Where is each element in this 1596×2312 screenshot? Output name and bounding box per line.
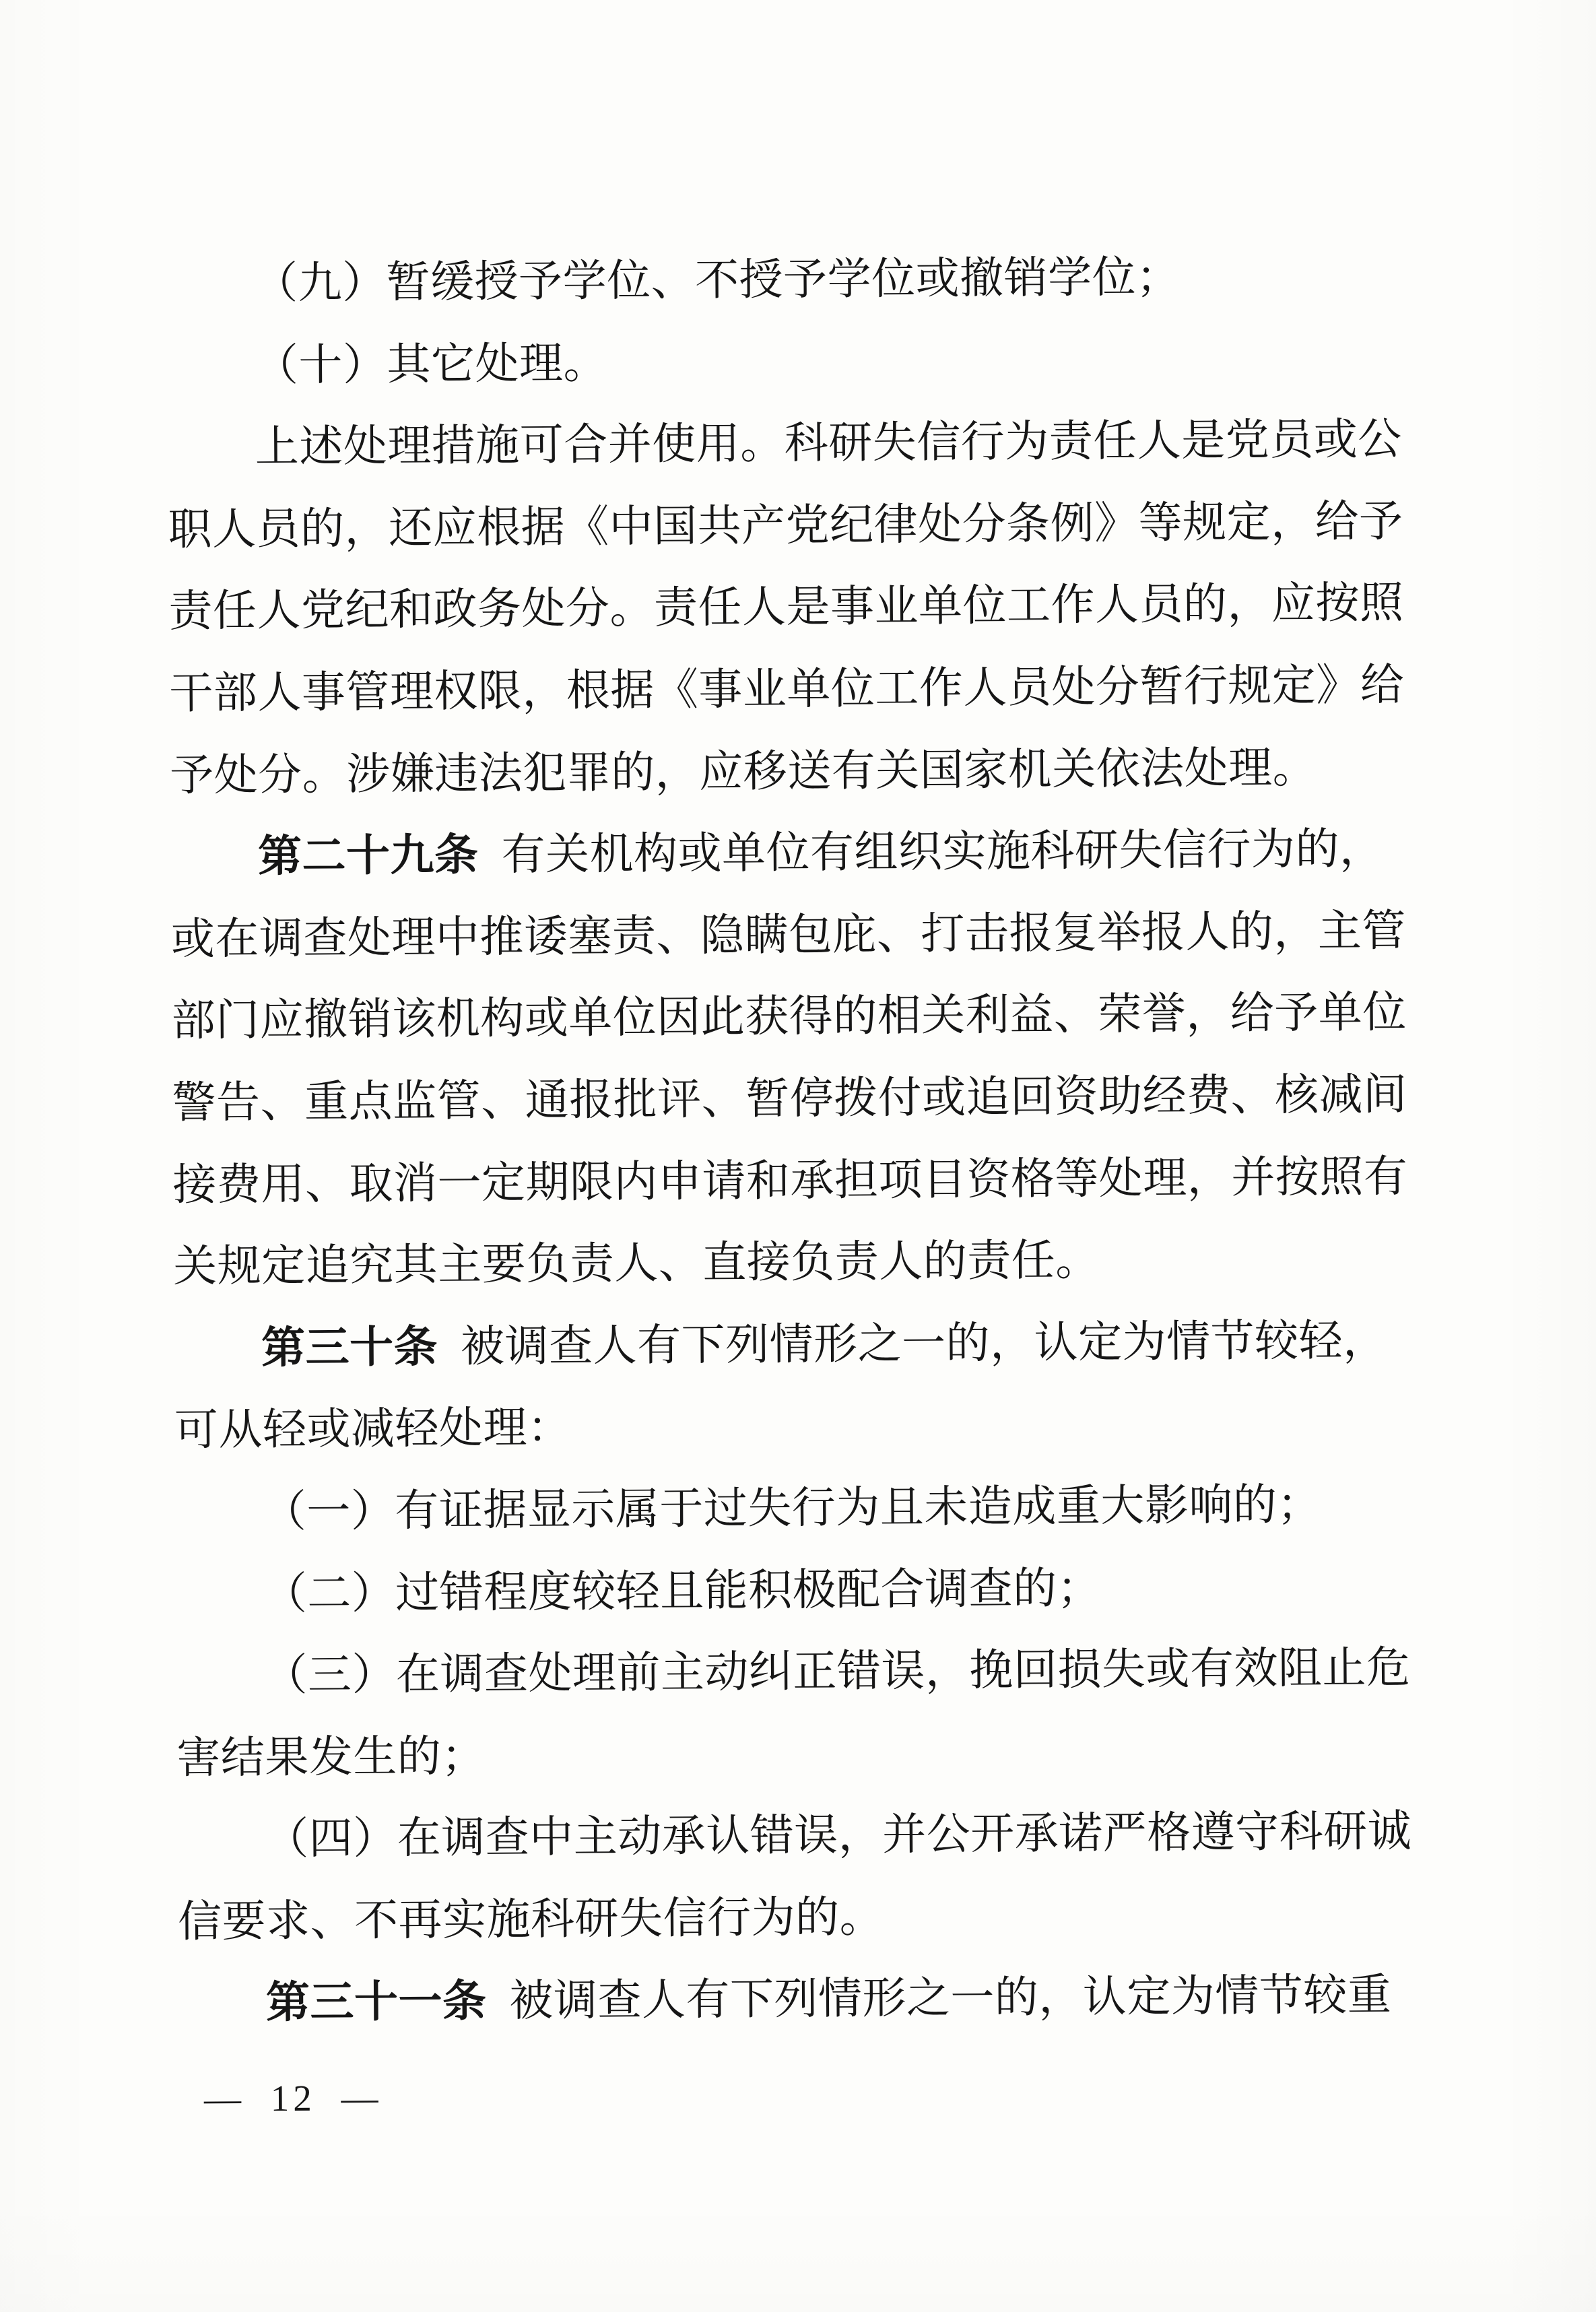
text-run: （十）其它处理。	[255, 339, 608, 390]
text-line: （九）暂缓授予学位、不授予学位或撤销学位；	[166, 236, 1406, 326]
text-run: 部门应撤销该机构或单位因此获得的相关利益、荣誉，给予单位	[171, 989, 1406, 1046]
document-body-text: （九）暂缓授予学位、不授予学位或撤销学位；（十）其它处理。上述处理措施可合并使用…	[166, 236, 1418, 2046]
text-line: 予处分。涉嫌违法犯罪的，应移送有关国家机关依法处理。	[170, 727, 1409, 817]
text-line: 职人员的，还应根据《中国共产党纪律处分条例》等规定，给予	[168, 481, 1407, 571]
text-line: 害结果发生的；	[176, 1709, 1416, 1799]
article-number: 第三十条	[261, 1323, 438, 1373]
text-line: （二）过错程度较轻且能积极配合调查的；	[175, 1546, 1415, 1636]
text-line: 关规定追究其主要负责人、直接负责人的责任。	[173, 1218, 1413, 1309]
text-run: （四）在调查中主动承认错误，并公开承诺严格遵守科研诚	[265, 1808, 1411, 1864]
article-number: 第三十一条	[266, 1978, 487, 2028]
page-footer: — 12 —	[204, 2078, 383, 2119]
document-page: （九）暂缓授予学位、不授予学位或撤销学位；（十）其它处理。上述处理措施可合并使用…	[0, 0, 1596, 2312]
text-run: （二）过错程度较轻且能积极配合调查的；	[263, 1564, 1101, 1618]
text-run: 害结果发生的；	[176, 1732, 486, 1783]
text-run: 有关机构或单位有组织实施科研失信行为的，	[501, 825, 1383, 880]
text-run: （九）暂缓授予学位、不授予学位或撤销学位；	[254, 253, 1181, 308]
text-run: 接费用、取消一定期限内申请和承担项目资格等处理，并按照有	[172, 1152, 1407, 1210]
text-line: 部门应撤销该机构或单位因此获得的相关利益、荣誉，给予单位	[171, 972, 1411, 1063]
text-line: 责任人党纪和政务处分。责任人是事业单位工作人员的，应按照	[168, 563, 1408, 653]
text-run: 关规定追究其主要负责人、直接负责人的责任。	[173, 1236, 1100, 1292]
text-line: （一）有证据显示属于过失行为且未造成重大影响的；	[174, 1463, 1414, 1554]
text-run: 责任人党纪和政务处分。责任人是事业单位工作人员的，应按照	[168, 579, 1403, 636]
text-run: 干部人事管理权限，根据《事业单位工作人员处分暂行规定》给	[169, 661, 1404, 719]
text-run: 被调查人有下列情形之一的，认定为情节较重	[509, 1971, 1391, 2026]
text-run: 职人员的，还应根据《中国共产党纪律处分条例》等规定，给予	[168, 497, 1403, 554]
text-run: 信要求、不再实施科研失信行为的。	[178, 1893, 884, 1946]
text-line: 干部人事管理权限，根据《事业单位工作人员处分暂行规定》给	[169, 645, 1409, 735]
text-run: 或在调查处理中推诿塞责、隐瞒包庇、打击报复举报人的，主管	[171, 906, 1406, 964]
text-run: 上述处理措施可合并使用。科研失信行为责任人是党员或公	[255, 416, 1402, 472]
text-line: （四）在调查中主动承认错误，并公开承诺严格遵守科研诚	[177, 1791, 1417, 1882]
text-run: 警告、重点监管、通报批评、暂停拨付或追回资助经费、核减间	[172, 1071, 1407, 1128]
text-line: 第二十九条有关机构或单位有组织实施科研失信行为的，	[170, 809, 1410, 899]
page-number: — 12 —	[204, 2077, 383, 2119]
text-line: 第三十一条被调查人有下列情形之一的，认定为情节较重	[178, 1955, 1418, 2045]
text-line: 第三十条被调查人有下列情形之一的，认定为情节较轻，	[174, 1300, 1414, 1390]
text-line: 上述处理措施可合并使用。科研失信行为责任人是党员或公	[167, 399, 1407, 490]
text-line: （三）在调查处理前主动纠正错误，挽回损失或有效阻止危	[176, 1628, 1416, 1718]
text-line: 接费用、取消一定期限内申请和承担项目资格等处理，并按照有	[172, 1136, 1412, 1226]
text-line: （十）其它处理。	[167, 317, 1407, 407]
text-line: 警告、重点监管、通报批评、暂停拨付或追回资助经费、核减间	[172, 1055, 1411, 1145]
article-number: 第二十九条	[258, 831, 479, 881]
text-run: 予处分。涉嫌违法犯罪的，应移送有关国家机关依法处理。	[170, 744, 1317, 800]
text-run: （三）在调查处理前主动纠正错误，挽回损失或有效阻止危	[263, 1644, 1410, 1700]
text-line: 信要求、不再实施科研失信行为的。	[178, 1873, 1418, 1963]
text-run: 被调查人有下列情形之一的，认定为情节较轻，	[461, 1317, 1387, 1372]
text-run: （一）有证据显示属于过失行为且未造成重大影响的；	[263, 1480, 1321, 1536]
text-line: 或在调查处理中推诿塞责、隐瞒包庇、打击报复举报人的，主管	[170, 890, 1410, 981]
text-line: 可从轻或减轻处理：	[174, 1382, 1414, 1472]
text-run: 可从轻或减轻处理：	[174, 1404, 572, 1455]
